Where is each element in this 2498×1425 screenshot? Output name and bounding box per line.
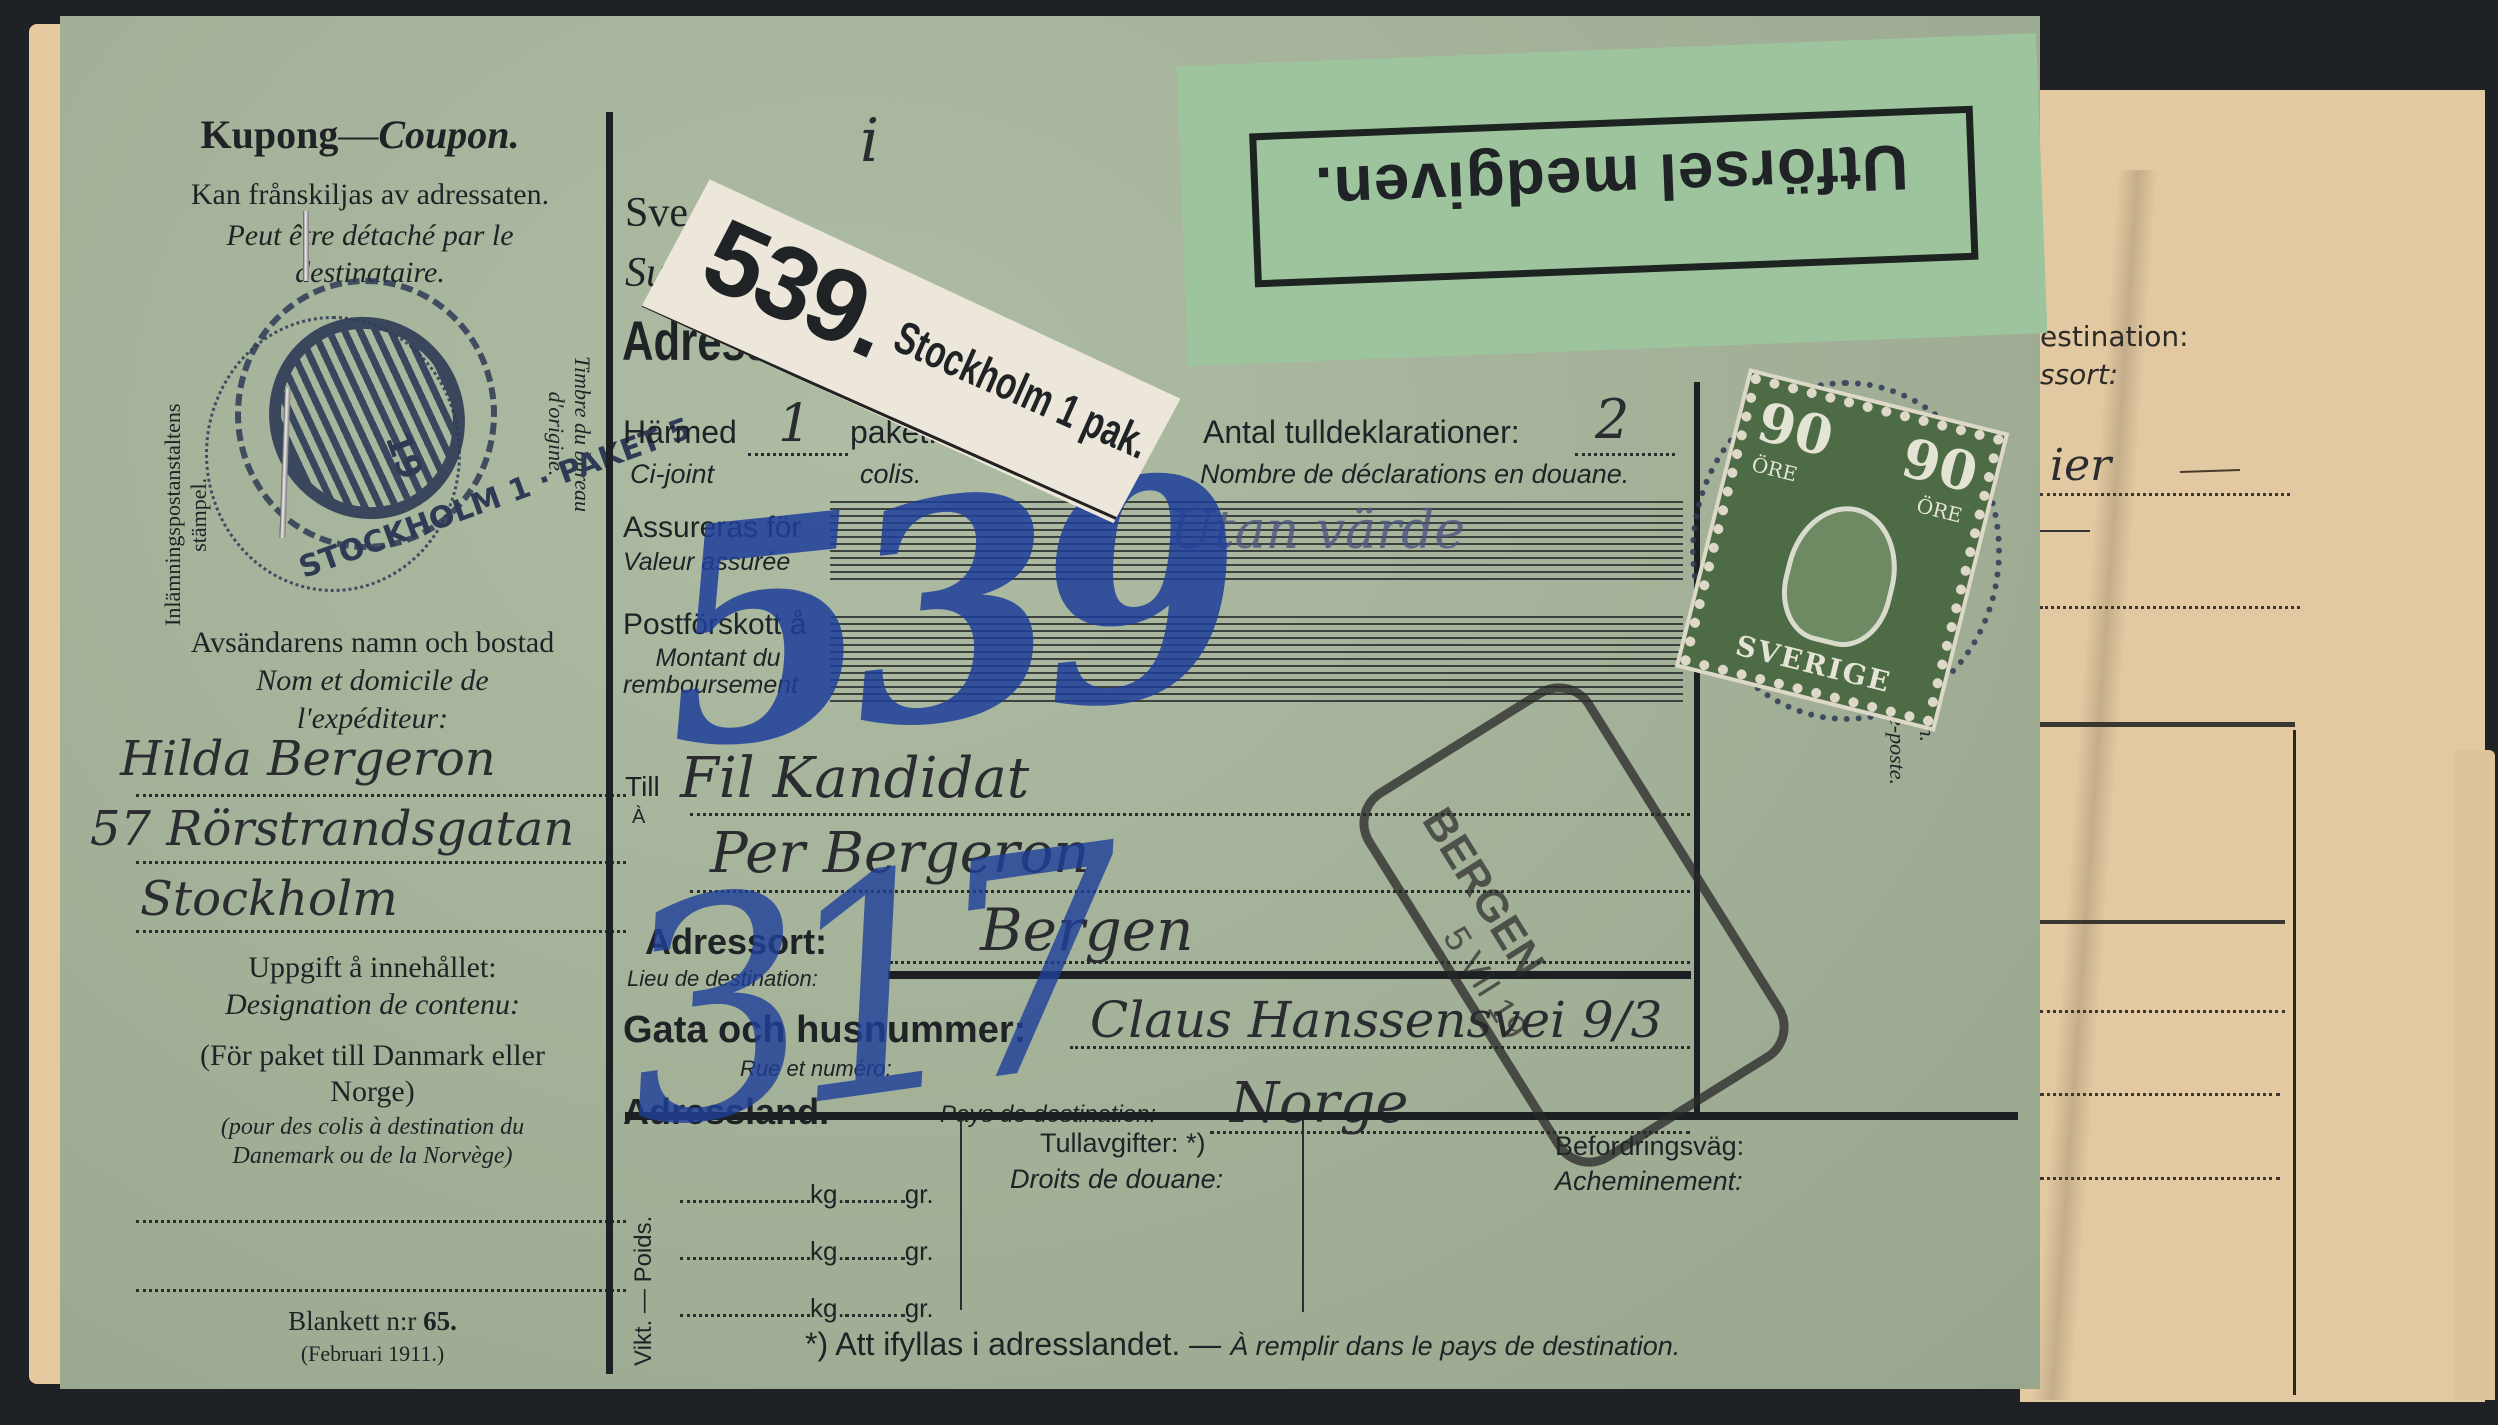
contents-line-1 bbox=[136, 1220, 626, 1223]
backing-paper-left-edge bbox=[29, 24, 63, 1384]
coupon-title: Kupong—Coupon. bbox=[100, 111, 620, 158]
kg-field bbox=[680, 1200, 810, 1203]
country-value: Norge bbox=[1230, 1071, 1408, 1136]
backing-card-dotted-line bbox=[2040, 606, 2300, 609]
coupon-title-dash: — bbox=[338, 112, 378, 157]
contents-heading-fr: Designation de contenu: bbox=[100, 988, 645, 1022]
backing-card-tail bbox=[2455, 750, 2495, 1400]
parcel-count: 1 bbox=[778, 394, 811, 454]
contents-note-sv-1: (För paket till Danmark eller bbox=[100, 1039, 645, 1073]
contents-line-2 bbox=[136, 1289, 626, 1292]
sender-line-3 bbox=[136, 930, 626, 933]
customs-declarations-line bbox=[1575, 453, 1675, 456]
recipient-label-fr: À bbox=[632, 806, 645, 829]
weight-row: kg.gr. bbox=[680, 1179, 934, 1210]
backing-card: estination: ssort: ier bbox=[2020, 90, 2485, 1402]
form-date: (Februari 1911.) bbox=[100, 1341, 645, 1367]
export-permit-sticker: Utförsel medgiven. bbox=[1176, 33, 2047, 366]
gr-unit: gr. bbox=[905, 1179, 934, 1209]
gr-field bbox=[845, 1200, 905, 1203]
stamp-area-label-fr: e-poste. bbox=[1884, 716, 1910, 785]
duties-column-rule bbox=[1302, 1120, 1304, 1312]
contents-note-sv-2: Norge) bbox=[100, 1075, 645, 1109]
form-number-label: Blankett n:r bbox=[288, 1306, 416, 1336]
form-number: Blankett n:r 65. bbox=[100, 1306, 645, 1337]
coupon-detach-sv: Kan frånskiljas av adressaten. bbox=[100, 178, 640, 212]
parcel-label-sv: Härmed bbox=[623, 414, 737, 451]
coupon-title-sv: Kupong bbox=[200, 112, 338, 157]
duties-label-fr: Droits de douane: bbox=[1010, 1164, 1223, 1195]
weight-row: kg.gr. bbox=[680, 1293, 934, 1324]
stamp-value-right: 90 bbox=[1896, 425, 1984, 505]
kg-unit: kg. bbox=[810, 1236, 845, 1266]
sender-line-2 bbox=[136, 861, 626, 864]
sender-line-1 bbox=[136, 794, 626, 797]
sender-city: Stockholm bbox=[140, 871, 398, 927]
route-label-fr: Acheminement: bbox=[1555, 1166, 1743, 1197]
backing-card-rule bbox=[2040, 530, 2090, 532]
backing-card-vertical-rule bbox=[2293, 730, 2296, 1395]
handwriting-tail bbox=[2180, 469, 2240, 473]
blue-pencil-number-top: 539 bbox=[643, 407, 1243, 817]
sender-street: 57 Rörstrandsgatan bbox=[90, 801, 574, 857]
customs-declarations-fr: Nombre de déclarations en douane. bbox=[1200, 459, 1629, 490]
kg-field bbox=[680, 1314, 810, 1317]
handwritten-mark: i bbox=[860, 106, 879, 176]
footnote-sv: *) Att ifyllas i adresslandet. — bbox=[805, 1326, 1221, 1362]
pin-head-icon bbox=[303, 211, 309, 281]
customs-declarations-sv: Antal tulldeklarationer: bbox=[1203, 414, 1520, 451]
blue-pencil-number-bottom: 317 bbox=[598, 784, 1124, 1197]
kg-field bbox=[680, 1257, 810, 1260]
contents-heading-sv: Uppgift å innehållet: bbox=[100, 951, 645, 985]
coupon-title-fr: Coupon. bbox=[378, 112, 519, 157]
header-country-sv: Sve bbox=[625, 189, 688, 237]
footnote-fr: À remplir dans le pays de destination. bbox=[1230, 1331, 1680, 1361]
paper-fold-shadow bbox=[2032, 170, 2158, 1400]
recipient-label-sv: Till bbox=[625, 771, 660, 803]
king-portrait-icon bbox=[1771, 494, 1912, 656]
coupon-divider-line bbox=[606, 112, 613, 1374]
weight-row: kg.gr. bbox=[680, 1236, 934, 1267]
footnote: *) Att ifyllas i adresslandet. — À rempl… bbox=[805, 1326, 1680, 1363]
stamp-label-sv-1: Inlämningspostanstaltens bbox=[160, 404, 186, 626]
stamp-label-sv: Inlämningspostanstaltens stämpel. bbox=[160, 404, 212, 626]
gr-unit: gr. bbox=[905, 1236, 934, 1266]
kg-unit: kg. bbox=[810, 1293, 845, 1323]
customs-declarations-count: 2 bbox=[1595, 388, 1629, 451]
sender-name: Hilda Bergeron bbox=[120, 731, 496, 787]
backing-card-dotted-line bbox=[2040, 493, 2290, 496]
arrival-postmark: BERGEN 5 VII 19 bbox=[1344, 668, 1803, 1181]
sender-heading-sv: Avsändarens namn och bostad bbox=[100, 626, 645, 660]
contents-note-fr-2: Danemark ou de la Norvège) bbox=[100, 1143, 645, 1170]
gr-field bbox=[845, 1257, 905, 1260]
sender-heading-fr-1: Nom et domicile de bbox=[100, 664, 645, 698]
coupon-detach-fr-1: Peut être détaché par le bbox=[100, 219, 640, 253]
kg-unit: kg. bbox=[810, 1179, 845, 1209]
weight-label: Vikt. — Poids. bbox=[630, 1216, 658, 1366]
contents-note-fr-1: (pour des colis à destination du bbox=[100, 1114, 645, 1141]
gr-unit: gr. bbox=[905, 1293, 934, 1323]
form-number-value: 65. bbox=[423, 1306, 457, 1336]
gr-field bbox=[845, 1314, 905, 1317]
